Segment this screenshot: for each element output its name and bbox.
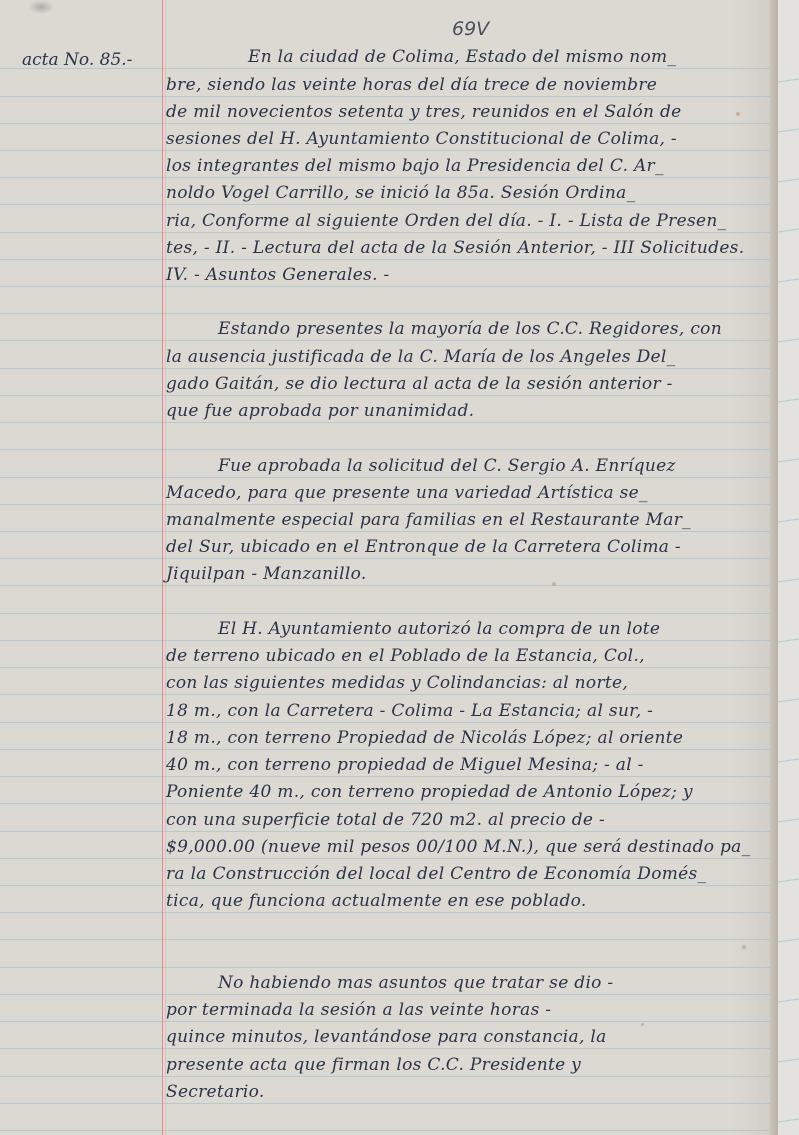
ruled-line	[0, 1103, 778, 1104]
ruled-line	[0, 912, 778, 913]
ruled-line	[0, 96, 778, 97]
ruled-line	[778, 459, 799, 463]
ruled-line	[0, 749, 778, 750]
text-line: $9,000.00 (nueve mil pesos 00/100 M.N.),…	[166, 837, 750, 857]
text-line: 18 m., con la Carretera - Colima - La Es…	[166, 701, 653, 721]
ruled-line	[778, 699, 799, 703]
ruled-line	[0, 776, 778, 777]
text-line: de mil novecientos setenta y tres, reuni…	[166, 102, 682, 122]
ruled-line	[0, 259, 778, 260]
text-line: con una superficie total de 720 m2. al p…	[166, 810, 605, 830]
ruled-line	[0, 422, 778, 423]
ruled-line	[778, 279, 799, 283]
text-line: del Sur, ubicado en el Entronque de la C…	[166, 537, 681, 557]
ruled-line	[0, 449, 778, 450]
underlying-page	[778, 0, 799, 1135]
text-line: No habiendo mas asuntos que tratar se di…	[218, 973, 613, 993]
ruled-line	[778, 759, 799, 763]
ruled-line	[0, 204, 778, 205]
text-line: noldo Vogel Carrillo, se inició la 85a. …	[166, 183, 635, 203]
ruled-line	[778, 399, 799, 403]
ruled-line	[778, 879, 799, 883]
ruled-line	[0, 504, 778, 505]
text-line: presente acta que firman los C.C. Presid…	[166, 1055, 581, 1075]
ruled-line	[0, 722, 778, 723]
text-line: ra la Construcción del local del Centro …	[166, 864, 706, 884]
text-line: Jiquilpan - Manzanillo.	[166, 564, 367, 584]
ruled-line	[778, 339, 799, 343]
ruled-line	[0, 694, 778, 695]
ruled-line	[0, 1130, 778, 1131]
ruled-line	[0, 531, 778, 532]
text-line: bre, siendo las veinte horas del día tre…	[166, 75, 657, 95]
ruled-line	[0, 994, 778, 995]
text-line: gado Gaitán, se dio lectura al acta de l…	[166, 374, 673, 394]
text-line: 40 m., con terreno propiedad de Miguel M…	[166, 755, 644, 775]
text-line: El H. Ayuntamiento autorizó la compra de…	[218, 619, 660, 639]
ruled-line	[0, 286, 778, 287]
text-line: los integrantes del mismo bajo la Presid…	[166, 156, 664, 176]
paper-stain	[742, 945, 746, 949]
ruled-line	[0, 477, 778, 478]
ruled-line	[0, 585, 778, 586]
text-line: con las siguientes medidas y Colindancia…	[166, 673, 628, 693]
ruled-line	[778, 129, 799, 133]
ruled-line	[0, 313, 778, 314]
text-line: Macedo, para que presente una variedad A…	[166, 483, 648, 503]
ruled-line	[778, 939, 799, 943]
page-edge-shadow	[770, 0, 778, 1135]
ruled-line	[0, 967, 778, 968]
margin-line	[162, 0, 163, 1135]
text-line: Fue aprobada la solicitud del C. Sergio …	[218, 456, 676, 476]
ruled-line	[0, 939, 778, 940]
text-line: por terminada la sesión a las veinte hor…	[166, 1000, 551, 1020]
ruled-line	[0, 150, 778, 151]
text-line: Poniente 40 m., con terreno propiedad de…	[166, 782, 693, 802]
ruled-line	[778, 639, 799, 643]
ruled-line	[778, 79, 799, 83]
ruled-line	[0, 395, 778, 396]
ruled-line	[0, 1048, 778, 1049]
text-line: tes, - II. - Lectura del acta de la Sesi…	[166, 238, 744, 258]
paper-stain	[736, 112, 740, 116]
text-line: manalmente especial para familias en el …	[166, 510, 691, 530]
ruled-line	[0, 858, 778, 859]
text-line: que fue aprobada por unanimidad.	[166, 401, 474, 421]
text-line: quince minutos, levantándose para consta…	[166, 1027, 607, 1047]
ink-smudge	[28, 0, 54, 14]
paper-stain	[552, 582, 556, 586]
ruled-line	[0, 803, 778, 804]
ruled-line	[0, 368, 778, 369]
text-line: tica, que funciona actualmente en ese po…	[166, 891, 587, 911]
text-line: Secretario.	[166, 1082, 265, 1102]
text-line: ria, Conforme al siguiente Orden del día…	[166, 211, 726, 231]
text-line: IV. - Asuntos Generales. -	[166, 265, 390, 285]
ruled-line	[778, 999, 799, 1003]
ruled-line	[0, 885, 778, 886]
ruled-line	[778, 179, 799, 183]
ruled-line	[0, 831, 778, 832]
ruled-line	[778, 1119, 799, 1123]
ruled-line	[0, 640, 778, 641]
ruled-line	[0, 558, 778, 559]
ruled-line	[0, 232, 778, 233]
folio-number: 69V	[452, 18, 489, 40]
ruled-line	[0, 340, 778, 341]
paper-stain	[641, 1023, 644, 1026]
text-line: sesiones del H. Ayuntamiento Constitucio…	[166, 129, 677, 149]
text-line: En la ciudad de Colima, Estado del mismo…	[248, 47, 676, 67]
ruled-line	[0, 1021, 778, 1022]
ruled-line	[0, 177, 778, 178]
notebook-page: 69V acta No. 85.- En la ciudad de Colima…	[0, 0, 778, 1135]
ruled-line	[0, 667, 778, 668]
text-line: de terreno ubicado en el Poblado de la E…	[166, 646, 645, 666]
ruled-line	[0, 1076, 778, 1077]
ruled-line	[0, 123, 778, 124]
ruled-line	[778, 1059, 799, 1063]
minutes-number: acta No. 85.-	[22, 50, 132, 70]
ruled-line	[778, 519, 799, 523]
text-line: Estando presentes la mayoría de los C.C.…	[218, 319, 722, 339]
text-line: la ausencia justificada de la C. María d…	[166, 347, 675, 367]
text-line: 18 m., con terreno Propiedad de Nicolás …	[166, 728, 683, 748]
ruled-line	[0, 613, 778, 614]
ruled-line	[778, 229, 799, 233]
ruled-line	[778, 819, 799, 823]
ruled-line	[778, 579, 799, 583]
